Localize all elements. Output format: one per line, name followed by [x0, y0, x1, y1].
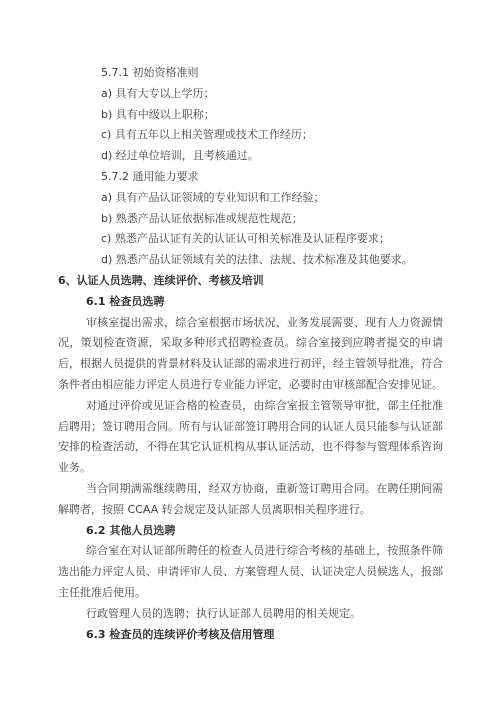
clause-5-7-2-heading: 5.7.2 通用能力要求 [101, 167, 443, 188]
section-6-2-heading: 6.2 其他人员选聘 [58, 521, 443, 542]
document-page: 5.7.1 初始资格准则 a) 具有大专以上学历； b) 具有中级以上职称； c… [0, 0, 500, 707]
section-6-1-paragraph-3: 当合同期满需继续聘用，经双方协商，重新签订聘用合同。在聘任期间需解聘者，按照 C… [58, 479, 443, 521]
clause-5-7-2-item-c: c) 熟悉产品认证有关的认证认可相关标准及认证程序要求； [101, 229, 443, 250]
section-6-heading: 6、认证人员选聘、连续评价、考核及培训 [58, 271, 443, 292]
clause-5-7-2-item-d: d) 熟悉产品认证领域有关的法律、法规、技术标准及其他要求。 [101, 250, 443, 271]
clause-5-7-1-item-b: b) 具有中级以上职称； [101, 105, 443, 126]
clause-5-7-1: 5.7.1 初始资格准则 a) 具有大专以上学历； b) 具有中级以上职称； c… [58, 63, 443, 167]
clause-5-7-2-item-b: b) 熟悉产品认证依据标准或规范性规范； [101, 209, 443, 230]
section-6-1-heading: 6.1 检查员选聘 [58, 292, 443, 313]
clause-5-7-1-item-d: d) 经过单位培训，且考核通过。 [101, 146, 443, 167]
section-6-2-paragraph-1: 综合室在对认证部所聘任的检查人员进行综合考核的基础上，按照条件筛选出能力评定人员… [58, 541, 443, 603]
clause-5-7-1-item-c: c) 具有五年以上相关管理或技术工作经历； [101, 125, 443, 146]
clause-5-7-2-item-a: a) 具有产品认证领域的专业知识和工作经验； [101, 188, 443, 209]
clause-5-7-1-item-a: a) 具有大专以上学历； [101, 84, 443, 105]
section-6-2-paragraph-2: 行政管理人员的选聘；执行认证部人员聘用的相关规定。 [58, 604, 443, 625]
section-6-3-heading: 6.3 检查员的连续评价考核及信用管理 [58, 625, 443, 646]
page-content: 5.7.1 初始资格准则 a) 具有大专以上学历； b) 具有中级以上职称； c… [58, 63, 443, 645]
clause-5-7-1-heading: 5.7.1 初始资格准则 [101, 63, 443, 84]
clause-5-7-2: 5.7.2 通用能力要求 a) 具有产品认证领域的专业知识和工作经验； b) 熟… [58, 167, 443, 271]
section-6-1-paragraph-2: 对通过评价或见证合格的检查员，由综合室报主管领导审批，部主任批准后聘用；签订聘用… [58, 396, 443, 479]
section-6-1-paragraph-1: 审核室提出需求，综合室根据市场状况、业务发展需要、现有人力资源情况，策划检查资源… [58, 313, 443, 396]
